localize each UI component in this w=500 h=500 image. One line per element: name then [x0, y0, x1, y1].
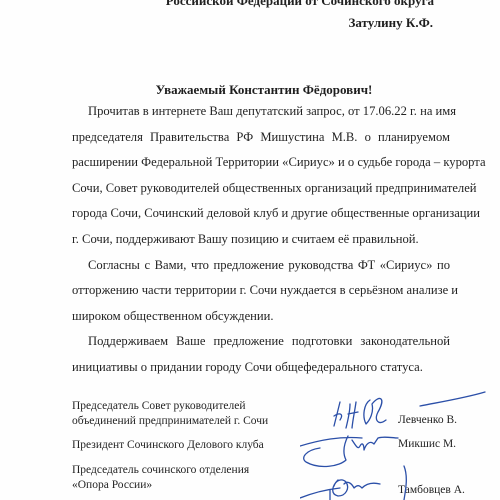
text-line: расширении Федеральной Территории «Сириу… [72, 150, 450, 176]
paragraph-1: Прочитав в интернете Ваш депутатский зап… [72, 99, 450, 253]
text-line: широком общественном обсуждении. [72, 304, 450, 330]
text-line: Сочи, Совет руководителей общественных о… [72, 176, 450, 202]
text-line: отторжению части территории г. Сочи нужд… [72, 278, 450, 304]
text-line: председателя Правительства РФ Мишустина … [72, 125, 450, 151]
text-line: Прочитав в интернете Ваш депутатский зап… [72, 99, 450, 125]
salutation: Уважаемый Константин Фёдорович! [0, 82, 500, 98]
title-line: Президент Сочинского Делового клуба [72, 438, 264, 453]
title-line: объединений предпринимателей г. Сочи [72, 414, 268, 429]
signatory-name: Тамбовцев А. [398, 484, 465, 496]
signatory-title: Председатель сочинского отделения «Опора… [72, 463, 249, 493]
title-line: Председатель Совет руководителей [72, 399, 268, 414]
letter-page: Российской Федерации от Сочинского округ… [0, 0, 500, 500]
title-line: «Опора России» [72, 478, 249, 493]
letter-body: Прочитав в интернете Ваш депутатский зап… [72, 99, 450, 381]
signatory-name: Левченко В. [398, 414, 457, 426]
paragraph-2: Согласны с Вами, что предложение руковод… [72, 253, 450, 330]
signatory-title: Президент Сочинского Делового клуба [72, 438, 264, 453]
addressee-title-cut: Российской Федерации от Сочинского округ… [166, 0, 434, 9]
text-line: Поддерживаем Ваше предложение подготовки… [72, 329, 450, 355]
signatory-name: Микшис М. [398, 438, 456, 450]
text-line: инициативы о придании городу Сочи общефе… [72, 355, 450, 381]
paragraph-3: Поддерживаем Ваше предложение подготовки… [72, 329, 450, 380]
title-line: Председатель сочинского отделения [72, 463, 249, 478]
addressee-name: Затулину К.Ф. [348, 15, 433, 31]
signatory-title: Председатель Совет руководителей объедин… [72, 399, 268, 429]
text-line: Согласны с Вами, что предложение руковод… [72, 253, 450, 279]
text-line: города Сочи, Сочинский деловой клуб и др… [72, 201, 450, 227]
text-line: г. Сочи, поддерживают Вашу позицию и счи… [72, 227, 450, 253]
